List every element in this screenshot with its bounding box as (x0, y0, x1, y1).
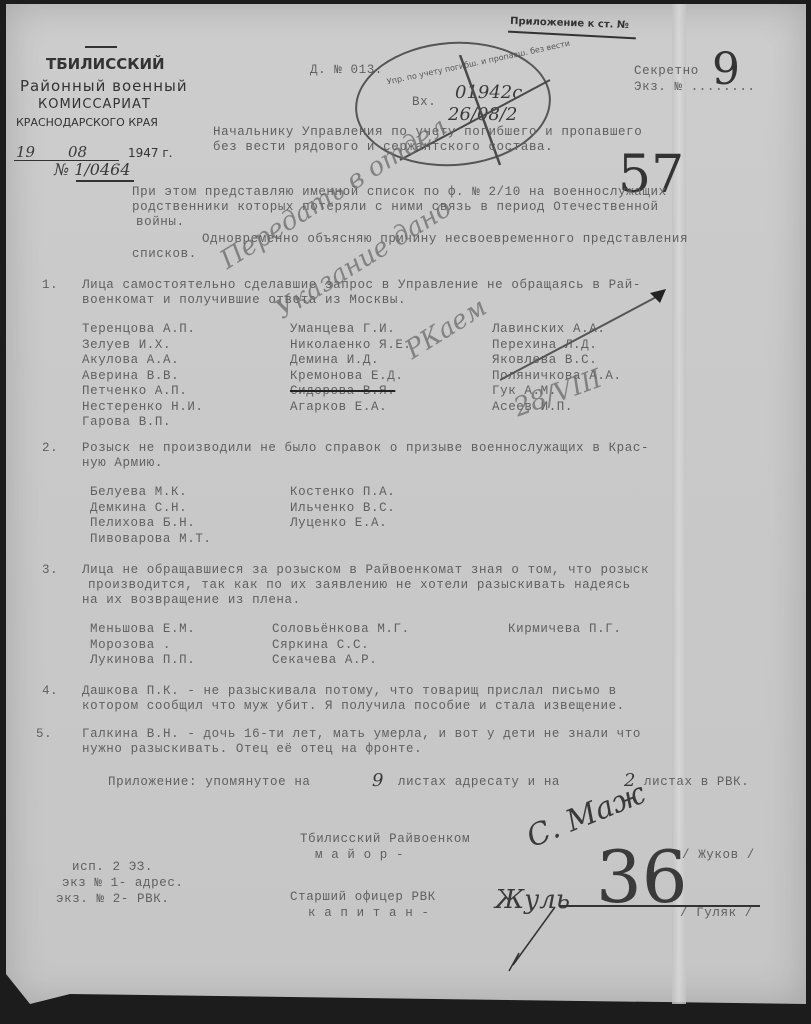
stamp-date-day: 19 (16, 143, 35, 161)
list-item: Агарков Е.А. (290, 400, 412, 416)
commissar-title: Тбилисский Райвоенком (300, 832, 470, 847)
list-item: Пивоварова М.Т. (90, 532, 212, 548)
section-1-column-1: Теренцова А.П. Зелуев И.Х. Акулова А.А. … (82, 322, 204, 431)
distribution-line-1: исп. 2 ЭЗ. (72, 860, 153, 875)
list-item: Кремонова Е.Д. (290, 369, 412, 385)
section-3-text-line1: Лица не обращавшиеся за розыском в Райво… (82, 563, 649, 578)
list-item: Демина И.Д. (290, 353, 412, 369)
section-3-text-line2: производится, так как по их заявлению не… (88, 578, 631, 593)
section-2-number: 2. (42, 441, 58, 456)
section-2-column-2: Костенко П.А. Ильченко В.С. Луценко Е.А. (290, 485, 395, 532)
outgoing-number: № 1/0464 (54, 160, 131, 179)
list-item: Ильченко В.С. (290, 501, 395, 517)
officer-rank: к а п и т а н - (308, 906, 430, 921)
list-item: Петченко А.П. (82, 384, 204, 400)
commissar-rank: м а й о р - (315, 848, 404, 863)
list-item: Луценко Е.А. (290, 516, 395, 532)
stamp-district: ТБИЛИССКИЙ (46, 55, 165, 73)
secrecy-label: Секретно (634, 64, 699, 79)
list-item: Сяркина С.С. (272, 638, 410, 654)
stamp-rule (85, 46, 117, 48)
list-item: Уманцева Г.И. (290, 322, 412, 338)
section-4-text-line1: Дашкова П.К. - не разыскивала потому, чт… (82, 684, 617, 699)
distribution-line-3: экз. № 2- РВК. (56, 892, 169, 907)
section-5-text-line2: нужно разыскивать. Отец её отец на фронт… (82, 742, 422, 757)
list-item: Соловьёнкова М.Г. (272, 622, 410, 638)
list-item: Секачева А.Р. (272, 653, 410, 669)
list-item-struck: Сидорова В.Я. (290, 384, 412, 400)
section-4-text-line2: котором сообщил что муж убит. Я получила… (82, 699, 625, 714)
section-3-column-1: Меньшова Е.М. Морозова . Лукинова П.П. (90, 622, 195, 669)
list-item: Теренцова А.П. (82, 322, 204, 338)
stamp-office: Районный военный (20, 77, 188, 95)
body-para2-line2: списков. (132, 247, 197, 262)
section-1-column-2: Уманцева Г.И. Николаенко Я.Е. Демина И.Д… (290, 322, 412, 415)
list-item: Морозова . (90, 638, 195, 654)
commissar-name: / Жуков / (682, 848, 755, 863)
section-2-text-line1: Розыск не производили не было справок о … (82, 441, 649, 456)
body-para1-line1: При этом представляю именной список по ф… (132, 185, 667, 200)
section-2-column-1: Белуева М.К. Демкина С.Н. Пелихова Б.Н. … (90, 485, 212, 547)
list-item: Костенко П.А. (290, 485, 395, 501)
handwritten-copy-number: 9 (712, 44, 740, 95)
pencil-stroke (500, 285, 670, 385)
section-2-text-line2: ную Армию. (82, 456, 163, 471)
body-para1-line2: родственники которых потеряли с ними свя… (132, 200, 659, 215)
section-4-number: 4. (42, 684, 58, 699)
body-para1-line3: войны. (136, 215, 185, 230)
list-item: Меньшова Е.М. (90, 622, 195, 638)
attachment-sheets: 9 (372, 770, 383, 791)
list-item: Николаенко Я.Е. (290, 338, 412, 354)
distribution-line-2: экз № 1- адрес. (62, 876, 184, 891)
large-handwritten-mark: 36 (596, 835, 688, 919)
stamp-date-year: 1947 г. (128, 146, 172, 160)
section-5-number: 5. (36, 727, 52, 742)
list-item: Нестеренко Н.И. (82, 400, 204, 416)
list-item: Кирмичева П.Г. (508, 622, 621, 638)
section-3-text-line3: на их возвращение из плена. (82, 593, 301, 608)
attachment-text-mid: листах адресату и на (398, 775, 560, 790)
stamp-cross-mark (380, 55, 560, 185)
section-3-column-2: Соловьёнкова М.Г. Сяркина С.С. Секачева … (272, 622, 410, 669)
number-underline (76, 180, 134, 182)
attachment-text-post: листах в РВК. (644, 775, 749, 790)
list-item: Лукинова П.П. (90, 653, 195, 669)
officer-name: / Гуляк / (680, 906, 753, 921)
list-item: Белуева М.К. (90, 485, 212, 501)
attachment-text-pre: Приложение: упомянутое на (108, 775, 311, 790)
section-5-text-line1: Галкина В.Н. - дочь 16-ти лет, мать умер… (82, 727, 641, 742)
list-item: Гарова В.П. (82, 415, 204, 431)
section-3-number: 3. (42, 563, 58, 578)
section-1-number: 1. (42, 278, 58, 293)
list-item: Аверина В.В. (82, 369, 204, 385)
stamp-date-month: 08 (68, 143, 87, 161)
list-item: Пелихова Б.Н. (90, 516, 212, 532)
list-item: Акулова А.А. (82, 353, 204, 369)
stamp-region: КРАСНОДАРСКОГО КРАЯ (16, 116, 158, 129)
list-item: Демкина С.Н. (90, 501, 212, 517)
section-3-column-3: Кирмичева П.Г. (508, 622, 621, 638)
stamp-commissariat: КОМИССАРИАТ (38, 97, 151, 112)
officer-title: Старший офицер РВК (290, 890, 436, 905)
signature-tail (505, 905, 565, 975)
section-1-text-line2: военкомат и получившие ответа из Москвы. (82, 293, 406, 308)
list-item: Зелуев И.Х. (82, 338, 204, 354)
